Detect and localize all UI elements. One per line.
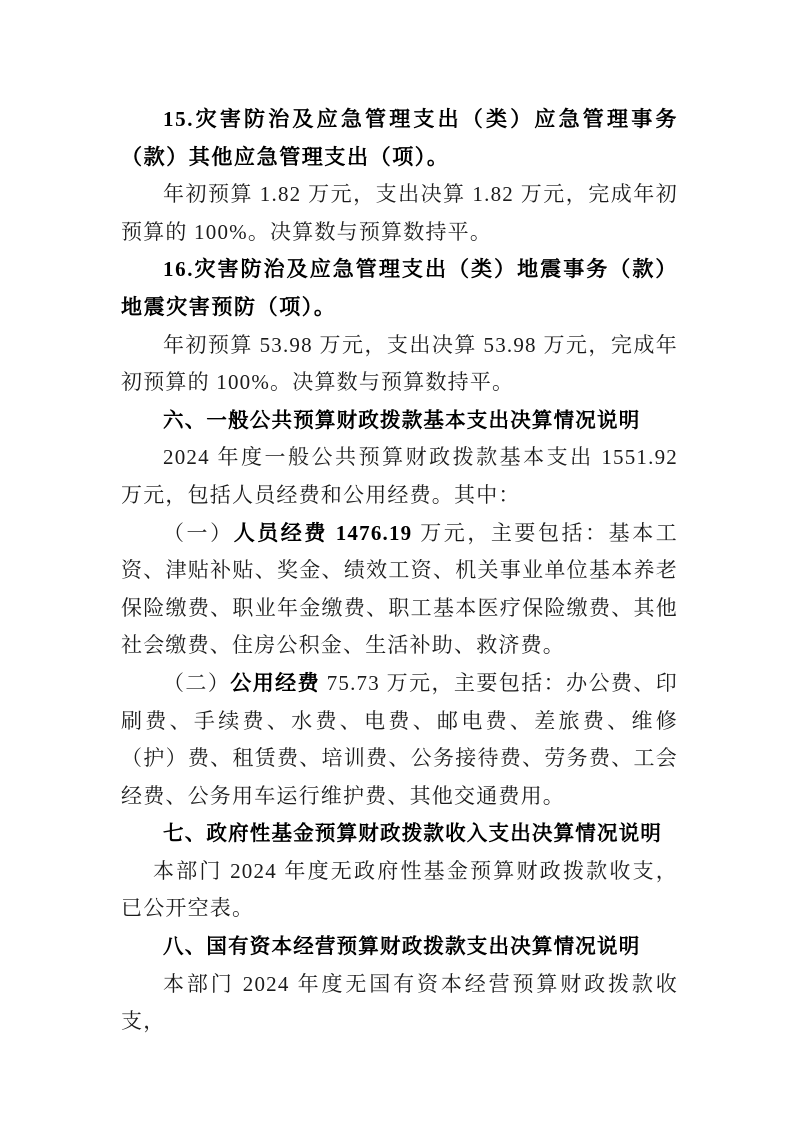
text-run: 本部门 2024 年度无国有资本经营预算财政拨款收支， [121, 972, 678, 1034]
document-page: 15.灾害防治及应急管理支出（类）应急管理事务（款）其他应急管理支出（项）。 年… [0, 0, 793, 1122]
personnel-expense-paragraph: （一）人员经费 1476.19 万元，主要包括：基本工资、津贴补贴、奖金、绩效工… [121, 515, 678, 665]
section-7-body: 本部门 2024 年度无政府性基金预算财政拨款收支，已公开空表。 [121, 853, 678, 928]
text-run: 本部门 2024 年度无政府性基金预算财政拨款收支，已公开空表。 [121, 859, 678, 921]
personnel-expense-label: 人员经费 1476.19 [234, 521, 413, 545]
text-run: 2024 年度一般公共预算财政拨款基本支出 1551.92 万元，包括人员经费和… [121, 445, 678, 507]
item-16-body: 年初预算 53.98 万元，支出决算 53.98 万元，完成年初预算的 100%… [121, 327, 678, 402]
text-run: （二） [163, 671, 230, 695]
section-7-heading: 七、政府性基金预算财政拨款收入支出决算情况说明 [121, 815, 678, 853]
heading-text: 七、政府性基金预算财政拨款收入支出决算情况说明 [163, 822, 662, 845]
public-expense-paragraph: （二）公用经费 75.73 万元，主要包括：办公费、印刷费、手续费、水费、电费、… [121, 665, 678, 815]
heading-text: 八、国有资本经营预算财政拨款支出决算情况说明 [163, 935, 640, 958]
item-15-body: 年初预算 1.82 万元，支出决算 1.82 万元，完成年初预算的 100%。决… [121, 176, 678, 251]
section-6-body: 2024 年度一般公共预算财政拨款基本支出 1551.92 万元，包括人员经费和… [121, 439, 678, 514]
item-15-title: 15.灾害防治及应急管理支出（类）应急管理事务（款）其他应急管理支出（项）。 [121, 101, 678, 176]
heading-text: 六、一般公共预算财政拨款基本支出决算情况说明 [163, 409, 640, 432]
item-16-title: 16.灾害防治及应急管理支出（类）地震事务（款）地震灾害预防（项）。 [121, 251, 678, 326]
text-run: 15.灾害防治及应急管理支出（类）应急管理事务（款）其他应急管理支出（项）。 [121, 107, 678, 169]
text-run: 16.灾害防治及应急管理支出（类）地震事务（款）地震灾害预防（项）。 [121, 257, 678, 319]
section-8-heading: 八、国有资本经营预算财政拨款支出决算情况说明 [121, 928, 678, 966]
document-content: 15.灾害防治及应急管理支出（类）应急管理事务（款）其他应急管理支出（项）。 年… [121, 101, 678, 1041]
section-6-heading: 六、一般公共预算财政拨款基本支出决算情况说明 [121, 402, 678, 440]
section-8-body: 本部门 2024 年度无国有资本经营预算财政拨款收支， [121, 966, 678, 1041]
text-run: （一） [163, 521, 234, 545]
text-run: 年初预算 1.82 万元，支出决算 1.82 万元，完成年初预算的 100%。决… [121, 182, 678, 244]
public-expense-label: 公用经费 [230, 671, 320, 695]
text-run: 年初预算 53.98 万元，支出决算 53.98 万元，完成年初预算的 100%… [121, 333, 678, 395]
